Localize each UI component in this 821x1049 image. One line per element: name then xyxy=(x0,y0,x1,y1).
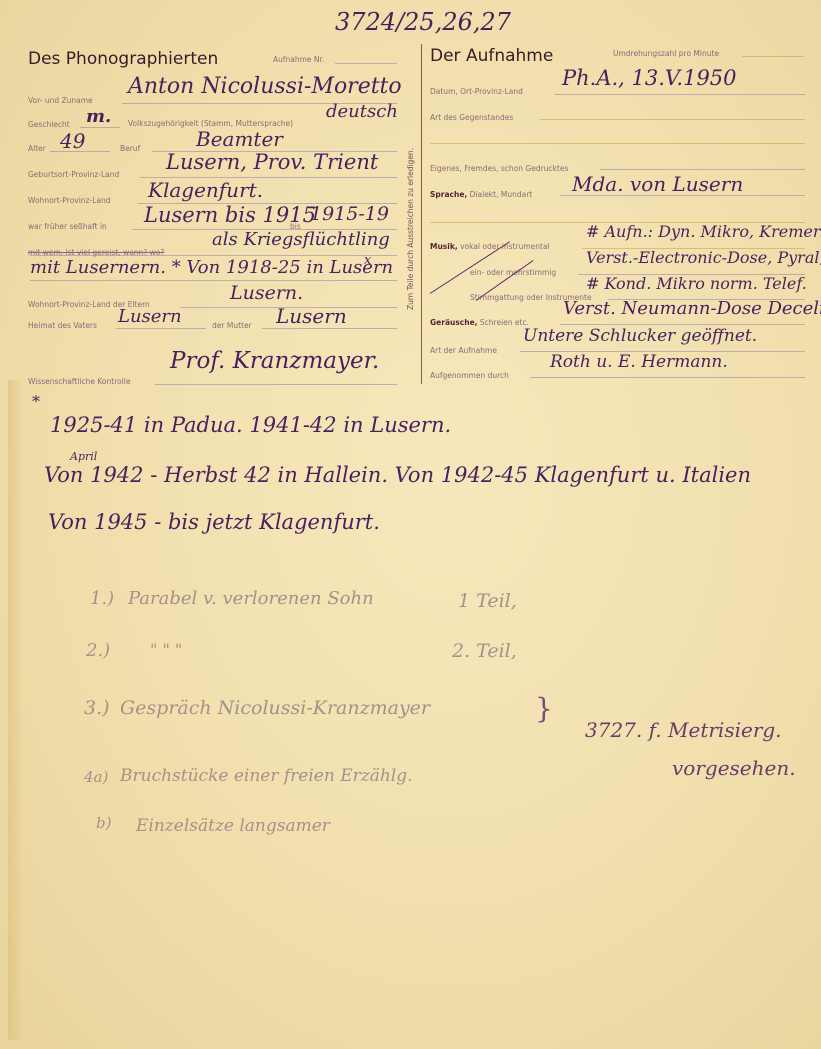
crossed-line xyxy=(30,255,397,256)
paper-edge-stain xyxy=(8,380,24,1040)
left-section-title: Des Phonographierten xyxy=(28,49,218,69)
musik-label: Musik, vokal oder instrumental xyxy=(430,242,550,251)
geschlecht-value: m. xyxy=(86,106,111,127)
section-divider xyxy=(421,44,422,384)
recording-4a-text: Bruchstücke einer freien Erzählg. xyxy=(120,766,413,786)
geraeusche-label: Geräusche, Schreien etc. xyxy=(430,318,529,327)
kontrolle-label: Wissenschaftliche Kontrolle xyxy=(28,377,131,386)
side-note-line-2: vorgesehen. xyxy=(672,756,796,780)
continued-value: mit Lusernern. * Von 1918-25 in Lusern xyxy=(30,257,393,278)
notes-line-1: 1925-41 in Padua. 1941-42 in Lusern. xyxy=(50,413,451,437)
recording-3-text: Gespräch Nicolussi-Kranzmayer xyxy=(120,697,430,719)
datum-line xyxy=(555,94,805,95)
vater-value: Lusern xyxy=(118,306,182,327)
recording-1-text: Parabel v. verlorenen Sohn xyxy=(128,588,374,609)
recording-4b-text: Einzelsätze langsamer xyxy=(136,816,330,836)
recording-3-brace: } xyxy=(535,692,553,725)
umdrehung-label: Umdrehungszahl pro Minute xyxy=(613,49,719,58)
beruf-value: Beamter xyxy=(196,127,283,151)
sprache-label-text: Dialekt, Mundart xyxy=(470,190,533,199)
eigenes-label: Eigenes, Fremdes, schon Gedrucktes xyxy=(430,164,568,173)
geburtsort-value: Lusern, Prov. Trient xyxy=(166,150,378,174)
name-label: Vor- und Zuname xyxy=(28,96,93,105)
eigenes-line xyxy=(600,169,805,170)
recording-3-number: 3.) xyxy=(84,697,110,719)
aufgenommen-value: Roth u. E. Hermann. xyxy=(550,352,728,372)
recording-4b-number: b) xyxy=(96,814,111,832)
geschlecht-line xyxy=(80,127,120,128)
eltern-value: Lusern. xyxy=(230,282,303,304)
notes-insert: April xyxy=(70,450,97,463)
recording-2-number: 2.) xyxy=(86,640,110,661)
art-label: Art der Aufnahme xyxy=(430,346,497,355)
aufnahme-nr-label: Aufnahme Nr. xyxy=(273,55,324,64)
datum-value: Ph.A., 13.V.1950 xyxy=(562,66,737,90)
card-number: 3724/25,26,27 xyxy=(335,8,511,36)
recording-2-part: 2. Teil, xyxy=(452,640,517,662)
kontrolle-value: Prof. Kranzmayer. xyxy=(170,348,379,374)
frueher-label: war früher seßhaft in xyxy=(28,222,107,231)
geburtsort-label: Geburtsort-Provinz-Land xyxy=(28,170,119,179)
recording-1-part: 1 Teil, xyxy=(458,590,517,612)
gegenstand-label: Art des Gegenstandes xyxy=(430,113,513,122)
sprache-label: Sprache, Dialekt, Mundart xyxy=(430,190,532,199)
wohnort-value: Klagenfurt. xyxy=(148,178,263,202)
vater-label: Heimat des Vaters xyxy=(28,321,97,330)
datum-label: Datum, Ort-Provinz-Land xyxy=(430,87,523,96)
gegenstand-line xyxy=(540,119,805,120)
mutter-label: der Mutter xyxy=(212,321,252,330)
musik-value: # Aufn.: Dyn. Mikro, Kremers- xyxy=(586,222,821,241)
beruf-label: Beruf xyxy=(120,144,140,153)
stimmig-value: Verst.-Electronic-Dose, Pyral, xyxy=(586,248,821,267)
art-value: Untere Schlucker geöffnet. xyxy=(523,326,757,346)
notes-line-3: Von 1945 - bis jetzt Klagenfurt. xyxy=(48,510,380,534)
notes-asterisk: * xyxy=(32,392,40,411)
kontrolle-line xyxy=(155,384,397,385)
frueher-bis-value: 1915-19 xyxy=(310,203,389,225)
geraeusche-value: Verst. Neumann-Dose Decelith xyxy=(563,298,821,319)
sprache-value: Mda. von Lusern xyxy=(572,172,743,196)
side-note-line-1: 3727. f. Metrisierg. xyxy=(585,718,782,742)
crossed-value: als Kriegsflüchtling xyxy=(212,229,390,250)
musik-label-bold: Musik, xyxy=(430,242,458,251)
geraeusche-label-bold: Geräusche, xyxy=(430,318,478,327)
notes-line-2: Von 1942 - Herbst 42 in Hallein. Von 194… xyxy=(44,463,751,487)
blank-line-1 xyxy=(430,143,805,144)
volkszugehoerigkeit-value: deutsch xyxy=(326,101,398,122)
aufnahme-nr-line xyxy=(335,63,397,64)
recording-1-number: 1.) xyxy=(90,588,114,609)
right-section-title: Der Aufnahme xyxy=(430,46,553,66)
alter-value: 49 xyxy=(60,129,85,153)
stimmgattung-value: # Kond. Mikro norm. Telef. xyxy=(586,274,807,293)
geraeusche-label-text: Schreien etc. xyxy=(480,318,529,327)
recording-4a-number: 4a) xyxy=(84,768,108,786)
mutter-line xyxy=(262,328,397,329)
umdrehung-line xyxy=(742,56,804,57)
vater-line xyxy=(116,328,206,329)
alter-label: Alter xyxy=(28,144,46,153)
continued-line xyxy=(30,280,397,281)
aufgenommen-line xyxy=(530,377,805,378)
name-value: Anton Nicolussi-Moretto xyxy=(128,74,402,99)
geschlecht-label: Geschlecht xyxy=(28,120,70,129)
sprache-label-bold: Sprache, xyxy=(430,190,467,199)
recording-2-text: " " " xyxy=(150,640,182,659)
archive-card: 3724/25,26,27 Des Phonographierten Aufna… xyxy=(0,0,821,1049)
mutter-value: Lusern xyxy=(276,304,347,328)
geraeusche-line xyxy=(560,324,805,325)
aufgenommen-label: Aufgenommen durch xyxy=(430,371,509,380)
wohnort-label: Wohnort-Provinz-Land xyxy=(28,196,111,205)
vertical-instruction-note: Zum Teile durch Ausstreichen zu erledige… xyxy=(406,148,415,310)
